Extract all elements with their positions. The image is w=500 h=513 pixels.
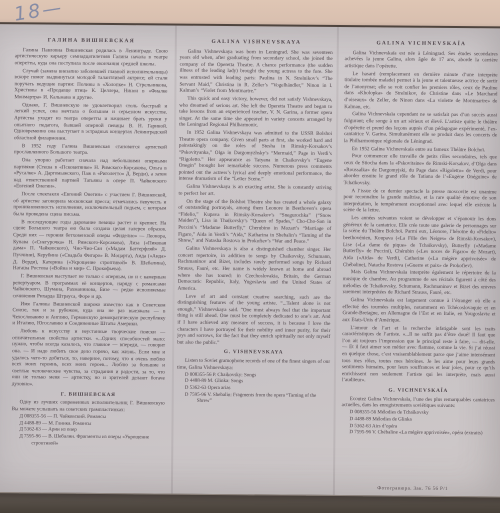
paragraph: Galina Vichnevskaïa est née à Léningrad.… — [345, 50, 498, 71]
paragraph: Galina Vishnevskaya is an exacting artis… — [178, 184, 331, 199]
paragraph: En 1952 Galina Vichnevskaïa entre au fam… — [344, 146, 497, 154]
record-entry: D 7595-96 V. Chébaline «La mégère appriv… — [349, 430, 494, 438]
russian-discography: Д 008355-56 — П. Чайковский. РомансыД 44… — [11, 414, 164, 449]
record-entry: D 7595-96 V. Shebalin: Fragments from th… — [185, 392, 330, 407]
paragraph: L’amour de l’art et la recherche infatig… — [342, 325, 496, 386]
paragraph: Le hasard (remplacement en dernière minu… — [344, 71, 497, 112]
paragraph: Mais Galina Vichnevskaïa interprète égal… — [343, 269, 496, 297]
paragraph: This quick and easy victory, however, di… — [179, 96, 332, 130]
paragraph: In 1952 Galina Vishnevskaya was admitted… — [179, 130, 332, 184]
russian-outro: Одну из лучших современных исполнительни… — [12, 399, 165, 414]
english-outro: Listen to Soviet gramophone records of o… — [177, 358, 330, 373]
russian-paragraphs: Галина Павловна Вишневская родилась в Ле… — [12, 47, 168, 389]
paragraph: В последующие годы дарование певицы раст… — [13, 219, 166, 273]
french-outro: Ecoutez Galina Vichnevskaïa, l’une des p… — [342, 396, 495, 411]
signature-russian: Г. ВИШНЕВСКАЯ — [12, 391, 165, 398]
paragraph: Любовь к искусству и неустанные творческ… — [12, 328, 166, 389]
english-paragraphs: Galina Vishnevskaya was born in Leningra… — [177, 48, 333, 347]
paragraph: A l’issue de ce dernier spectacle la pre… — [343, 188, 496, 216]
paragraph: Galina Vichnevskaïa cependant ne se sati… — [344, 111, 497, 145]
paragraph: Имя Галины Вишневской широко известно ка… — [12, 301, 165, 329]
column-english: GALINA VISHNEVSKAYA Galina Vishnevskaya … — [176, 39, 333, 485]
signature-french: G. VICHNEVSKAÏA — [342, 387, 495, 394]
paragraph: В 1952 году Галина Вишневская становится… — [14, 143, 167, 158]
paragraph: Galina Vishnevskaya is also a distinguis… — [178, 246, 331, 294]
record-entry: Д 7595-96 — В. Шебалин. Фрагменты из опе… — [19, 434, 164, 449]
column-title-english: GALINA VISHNEVSKAYA — [180, 39, 333, 46]
paragraph: Г. Вишневская выступает не только с опер… — [13, 273, 166, 301]
printers-imprint: Фотогравюра. Зак. 76 56 Р/1 — [377, 486, 448, 492]
paragraph: Love of art and constant creative search… — [177, 293, 330, 347]
column-title-french: GALINA VICHNEVSKAÏA — [345, 40, 498, 47]
paragraph: Pour commencer elle travaille de petits … — [344, 153, 497, 187]
paragraph: Galina Vishnevskaya was born in Leningra… — [179, 48, 332, 96]
column-title-russian: ГАЛИНА ВИШНЕВСКАЯ — [15, 37, 168, 44]
french-paragraphs: Galina Vichnevskaïa est née à Léningrad.… — [342, 50, 498, 386]
paragraph: Она упорно работает сначала над небольши… — [14, 157, 167, 191]
liner-notes: ГАЛИНА ВИШНЕВСКАЯ Галина Павловна Вишнев… — [11, 37, 498, 486]
english-discography: D 008355-56 P. Chaikovsky: SongsD 4488-8… — [177, 372, 330, 407]
signature-english: G. VISHNEVSKAYA — [177, 349, 330, 356]
paragraph: Галина Павловна Вишневская родилась в Ле… — [15, 47, 168, 68]
paragraph: После спектакля «Евгений Онегин» с участ… — [13, 191, 166, 219]
column-russian: ГАЛИНА ВИШНЕВСКАЯ Галина Павловна Вишнев… — [11, 37, 168, 483]
record-sleeve-back: ГАЛИНА ВИШНЕВСКАЯ Галина Павловна Вишнев… — [0, 22, 500, 498]
paragraph: Galina Vichnevskaïa est largement connue… — [342, 297, 495, 325]
french-discography: D 008355-56 Mélodies de TchaïkovskyD 448… — [341, 410, 494, 438]
paragraph: On the stage of the Bolshoi Theatre she … — [178, 198, 331, 246]
column-french: GALINA VICHNEVSKAÏA Galina Vichnevskaïa … — [341, 40, 498, 486]
paragraph: Les années suivantes voient se développe… — [343, 215, 496, 269]
paragraph: Однако, Г. Вишневскую не удовлетворил ст… — [14, 102, 167, 143]
paragraph: Случай (замена внезапно заболевшей главн… — [14, 68, 167, 102]
